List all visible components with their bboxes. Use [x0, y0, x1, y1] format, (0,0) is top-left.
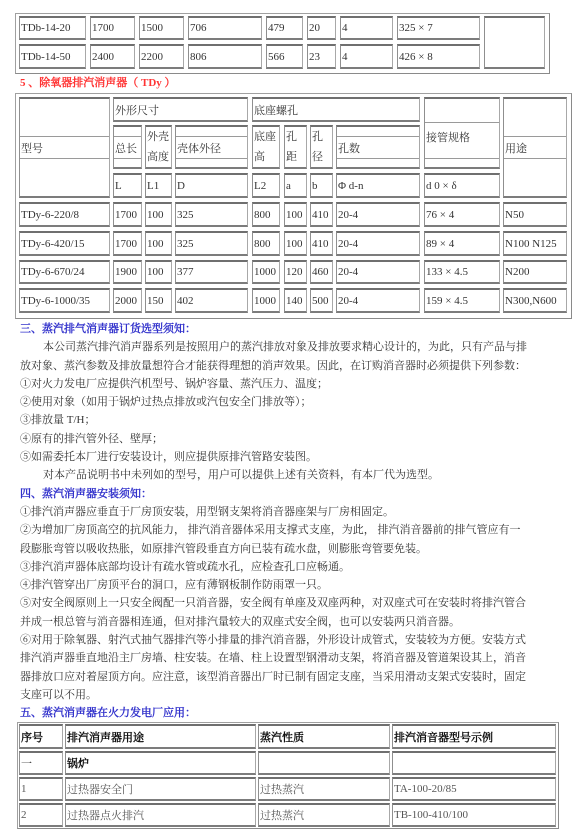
header-text: 用途 [505, 140, 527, 156]
cell-steam-type: 过热蒸汽 [258, 777, 390, 801]
cell-text: 4 [342, 51, 348, 63]
cell-text: TDy-6-420/15 [21, 238, 85, 250]
header-text: 型号 [21, 140, 43, 156]
tdy-cell: 402 [175, 288, 248, 313]
cell-text: 566 [268, 51, 285, 63]
tdb-remark-cell [484, 16, 545, 69]
cell-model-example: TA-100-20/85 [392, 777, 556, 801]
application-heading: 五、蒸汽消声器在火力发电厂应用： [20, 704, 527, 722]
symbol-cell: b [310, 173, 333, 198]
tdy-cell: 120 [284, 260, 307, 284]
cell-text: 1700 [92, 22, 114, 34]
tdy-section-title: 5 、除氧器排汽消声器（ TDy ） [20, 76, 176, 90]
tdy-cell: 1900 [113, 260, 142, 284]
cell-text: 20-4 [338, 238, 358, 250]
cell-text: 120 [286, 266, 303, 278]
tdy-cell: 20-4 [336, 288, 420, 313]
cell-text: TDy-6-1000/35 [21, 295, 90, 307]
tdy-cell: 89 × 4 [424, 231, 500, 256]
symbol-text: L1 [147, 180, 159, 192]
cell-text: 325 × 7 [399, 22, 433, 34]
cell-text: 锅炉 [67, 755, 89, 771]
ordering-note-line: 对本产品说明书中未列如的型号，用户可以提供上述有关资料，有本厂代为选型。 [20, 466, 527, 484]
header-text: 排汽消声器用途 [67, 729, 144, 745]
cell-text: N100 N125 [505, 238, 557, 250]
installation-note-line: 并成一根总管与消音器相连通，但对排汽量较大的双座式安全阀，也可以安装两只消音器。 [20, 613, 527, 631]
tdy-cell: 133 × 4.5 [424, 260, 500, 284]
cell-text: 1700 [115, 209, 137, 221]
cell-usage: 过热器点火排汽 [65, 803, 256, 827]
tdy-cell: 20-4 [336, 231, 420, 256]
tdb-cell: 2200 [139, 44, 184, 69]
header-hole-diameter: 孔径 [310, 125, 333, 169]
header-text: 蒸汽性质 [260, 729, 304, 745]
ordering-note-line: ①对火力发电厂应提供汽机型号、锅炉容量、蒸汽压力、温度； [20, 375, 527, 393]
tdy-cell: N300,N600 [503, 288, 567, 313]
cell-steam-type [258, 751, 390, 775]
tdy-cell: 1700 [113, 231, 142, 256]
tdy-cell: 20-4 [336, 202, 420, 227]
symbol-text: d 0 × δ [426, 180, 457, 192]
header-total-length: 总长 [113, 125, 142, 169]
tdb-cell: 4 [340, 44, 393, 69]
header-text: 外壳高度 [147, 127, 171, 167]
installation-note-line: 排汽消声器垂直地沿主厂房墙、柱安装。在墙、柱上设置型钢滑动支架，将消音器及管道架… [20, 649, 527, 667]
cell-text: TDb-14-20 [21, 22, 71, 34]
tdy-cell: 1700 [113, 202, 142, 227]
symbol-text: D [177, 180, 185, 192]
cell-text: 325 [177, 238, 194, 250]
notes-text-block: 三、蒸汽排气消声器订货选型须知： 本公司蒸汽排汽消声器系列是按照用户的蒸汽排放对… [20, 320, 527, 723]
tdy-cell: 800 [252, 202, 280, 227]
header-hole-count-inner: 孔数 [337, 136, 419, 159]
tdy-cell: 100 [145, 260, 172, 284]
cell-index: 2 [19, 803, 63, 827]
header-base-height: 底座高 [252, 125, 280, 169]
header-shell-height: 外壳高度 [145, 125, 172, 169]
cell-text: TA-100-20/85 [394, 783, 457, 795]
header-text: 接管规格 [426, 129, 470, 145]
tdy-cell: N100 N125 [503, 231, 567, 256]
tdb-cell: 2400 [90, 44, 135, 69]
tdb-cell: 1500 [139, 16, 184, 40]
col-header-index: 序号 [19, 724, 63, 749]
cell-text: 过热器安全门 [67, 781, 133, 797]
cell-text: 806 [190, 51, 207, 63]
header-text: 孔距 [286, 127, 306, 167]
cell-text: 20-4 [338, 295, 358, 307]
tdy-cell: 100 [145, 202, 172, 227]
cell-text: 76 × 4 [426, 209, 454, 221]
cell-text: 2200 [141, 51, 163, 63]
tdy-cell: N200 [503, 260, 567, 284]
symbol-text: b [312, 180, 318, 192]
header-usage: 用途 [503, 97, 567, 198]
cell-text: 800 [254, 209, 271, 221]
ordering-note-line: 本公司蒸汽排汽消声器系列是按照用户的蒸汽排放对象及排放要求精心设计的，为此，只有… [20, 338, 527, 356]
cell-text: 460 [312, 266, 329, 278]
tdy-cell: 150 [145, 288, 172, 313]
symbol-cell: L1 [145, 173, 172, 198]
cell-index: 1 [19, 777, 63, 801]
header-total-length-inner: 总长 [114, 136, 141, 159]
ordering-note-line: ③排放量 T/H； [20, 411, 527, 429]
tdy-cell: 140 [284, 288, 307, 313]
cell-text: 20-4 [338, 266, 358, 278]
header-text: 外形尺寸 [115, 102, 159, 118]
tdy-cell: 460 [310, 260, 333, 284]
installation-note-line: ①排汽消声器应垂直于厂房顶安装，用型钢支架将消音器座架与厂房相固定。 [20, 503, 527, 521]
col-header-model-example: 排汽消音器型号示例 [392, 724, 556, 749]
tdy-model-cell: TDy-6-220/8 [19, 202, 110, 227]
header-shell-outer-diameter: 壳体外径 [175, 125, 248, 169]
installation-note-line: 器排放口应对着屋顶方向。应注意，该型消音器出厂时已制有固定支座，当采用滑动支架式… [20, 668, 527, 686]
tdb-cell: 479 [266, 16, 303, 40]
ordering-note-line: 放对象、蒸汽参数及排放量想符合才能获得理想的消声效果。因此，在订购消音器时必须提… [20, 357, 527, 375]
tdy-cell: 377 [175, 260, 248, 284]
cell-steam-type: 过热蒸汽 [258, 803, 390, 827]
cell-text: 89 × 4 [426, 238, 454, 250]
cell-text: 20-4 [338, 209, 358, 221]
tdy-cell: 20-4 [336, 260, 420, 284]
cell-text: 479 [268, 22, 285, 34]
ordering-note-line: ②使用对象（如用于锅炉过热点排放或汽包安全门排放等）； [20, 393, 527, 411]
tdb-cell: 1700 [90, 16, 135, 40]
installation-notes-heading: 四、蒸汽消声器安装须知： [20, 485, 527, 503]
symbol-cell: L [113, 173, 142, 198]
cell-text: 一 [21, 755, 32, 771]
cell-text: 100 [286, 238, 303, 250]
symbol-text: L [115, 180, 122, 192]
tdy-cell: 1000 [252, 288, 280, 313]
tdy-cell: N50 [503, 202, 567, 227]
tdy-cell: 1000 [252, 260, 280, 284]
tdy-model-cell: TDy-6-1000/35 [19, 288, 110, 313]
cell-text: 426 × 8 [399, 51, 433, 63]
header-text: 底座高 [254, 127, 279, 167]
cell-text: 800 [254, 238, 271, 250]
cell-text: 140 [286, 295, 303, 307]
tdb-cell: 325 × 7 [397, 16, 480, 40]
cell-index: 一 [19, 751, 63, 775]
header-text: 孔数 [338, 140, 360, 156]
tdb-cell: 4 [340, 16, 393, 40]
cell-text: N50 [505, 209, 524, 221]
cell-text: 20 [309, 22, 320, 34]
cell-text: 过热蒸汽 [260, 807, 304, 823]
symbol-cell: D [175, 173, 248, 198]
cell-text: 100 [286, 209, 303, 221]
cell-text: 过热器点火排汽 [67, 807, 144, 823]
ordering-note-line: ⑤如需委托本厂进行安装设计，则应提供原排汽管路安装图。 [20, 448, 527, 466]
header-text: 孔径 [312, 127, 332, 167]
header-base-bolt-holes: 底座螺孔 [252, 97, 420, 122]
tdy-cell: 76 × 4 [424, 202, 500, 227]
symbol-cell: d 0 × δ [424, 173, 500, 198]
cell-text: 100 [147, 209, 164, 221]
tdb-model-cell: TDb-14-50 [19, 44, 86, 69]
tdy-cell: 159 × 4.5 [424, 288, 500, 313]
cell-text: TDy-6-670/24 [21, 266, 85, 278]
header-model: 型号 [19, 97, 110, 198]
cell-text: 100 [147, 266, 164, 278]
tdy-cell: 100 [284, 202, 307, 227]
cell-text: N300,N600 [505, 295, 557, 307]
cell-text: TDb-14-50 [21, 51, 71, 63]
installation-note-line: ⑥对用于除氧器、射汽式抽气器排汽等小排量的排汽消音器，外形设计成管式，安装较为方… [20, 631, 527, 649]
header-text: 总长 [115, 140, 137, 156]
cell-text: 1900 [115, 266, 137, 278]
header-pipe-spec-inner: 接管规格 [425, 122, 499, 159]
tdy-model-cell: TDy-6-670/24 [19, 260, 110, 284]
cell-text: 2400 [92, 51, 114, 63]
header-text: 壳体外径 [177, 140, 221, 156]
tdy-cell: 100 [145, 231, 172, 256]
symbol-cell: Φ d-n [336, 173, 420, 198]
ordering-notes-heading: 三、蒸汽排气消声器订货选型须知： [20, 320, 527, 338]
cell-text: 377 [177, 266, 194, 278]
header-outer-dimensions: 外形尺寸 [113, 97, 248, 122]
cell-text: 150 [147, 295, 164, 307]
tdy-cell: 325 [175, 202, 248, 227]
cell-model-example: TB-100-410/100 [392, 803, 556, 827]
tdy-cell: 2000 [113, 288, 142, 313]
cell-text: 1 [21, 783, 27, 795]
header-shell-od-inner: 壳体外径 [176, 136, 247, 159]
header-text: 排汽消音器型号示例 [394, 729, 493, 745]
installation-note-line: ④排汽管穿出厂房顶平台的洞口，应有薄钢板制作防雨罩一只。 [20, 576, 527, 594]
header-hole-count: 孔数 [336, 125, 420, 169]
cell-text: 706 [190, 22, 207, 34]
symbol-cell: L2 [252, 173, 280, 198]
cell-usage: 过热器安全门 [65, 777, 256, 801]
tdb-cell: 426 × 8 [397, 44, 480, 69]
installation-note-line: ⑤对安全阀原则上一只安全阀配一只消音器，安全阀有单座及双座两种，对双座式可在安装… [20, 594, 527, 612]
cell-text: 402 [177, 295, 194, 307]
tdy-cell: 800 [252, 231, 280, 256]
cell-text: TB-100-410/100 [394, 809, 468, 821]
cell-text: TDy-6-220/8 [21, 209, 79, 221]
tdy-cell: 410 [310, 231, 333, 256]
cell-text: 1700 [115, 238, 137, 250]
cell-text: 2 [21, 809, 27, 821]
cell-usage: 锅炉 [65, 751, 256, 775]
cell-text: 325 [177, 209, 194, 221]
symbol-text: L2 [254, 180, 266, 192]
cell-text: 410 [312, 209, 329, 221]
tdy-cell: 325 [175, 231, 248, 256]
cell-text: 4 [342, 22, 348, 34]
cell-text: 1000 [254, 295, 276, 307]
tdy-cell: 100 [284, 231, 307, 256]
header-text: 序号 [21, 729, 43, 745]
tdy-model-cell: TDy-6-420/15 [19, 231, 110, 256]
tdy-cell: 410 [310, 202, 333, 227]
header-usage-inner: 用途 [504, 136, 566, 159]
tdb-cell: 20 [307, 16, 336, 40]
cell-model-example [392, 751, 556, 775]
tdb-cell: 806 [188, 44, 262, 69]
tdy-cell: 500 [310, 288, 333, 313]
header-text: 底座螺孔 [254, 102, 298, 118]
cell-text: 100 [147, 238, 164, 250]
tdb-cell: 706 [188, 16, 262, 40]
header-hole-pitch: 孔距 [284, 125, 307, 169]
cell-text: 23 [309, 51, 320, 63]
symbol-text: a [286, 180, 291, 192]
installation-note-line: ②为增加厂房顶高空的抗风能力， 排汽消音器体采用支撑式支座，为此， 排汽消音器前… [20, 521, 527, 539]
tdb-model-cell: TDb-14-20 [19, 16, 86, 40]
symbol-cell: a [284, 173, 307, 198]
tdb-cell: 566 [266, 44, 303, 69]
cell-text: N200 [505, 266, 529, 278]
installation-note-line: ③排汽消声器体底部均设计有疏水管或疏水孔，应检查孔口应畅通。 [20, 558, 527, 576]
cell-text: 2000 [115, 295, 137, 307]
tdb-cell: 23 [307, 44, 336, 69]
ordering-note-line: ④原有的排汽管外径、壁厚； [20, 430, 527, 448]
cell-text: 133 × 4.5 [426, 266, 468, 278]
installation-note-line: 支座可以不用。 [20, 686, 527, 704]
col-header-steam-type: 蒸汽性质 [258, 724, 390, 749]
header-pipe-spec: 接管规格 [424, 97, 500, 169]
installation-note-line: 段膨胀弯管以吸收热胀，如原排汽管段垂直方向已装有疏水盘，则膨胀弯管要免装。 [20, 540, 527, 558]
cell-text: 过热蒸汽 [260, 781, 304, 797]
cell-text: 500 [312, 295, 329, 307]
cell-text: 410 [312, 238, 329, 250]
cell-text: 1500 [141, 22, 163, 34]
col-header-usage: 排汽消声器用途 [65, 724, 256, 749]
cell-text: 159 × 4.5 [426, 295, 468, 307]
cell-text: 1000 [254, 266, 276, 278]
header-model-inner: 型号 [20, 136, 109, 159]
symbol-text: Φ d-n [338, 180, 363, 192]
